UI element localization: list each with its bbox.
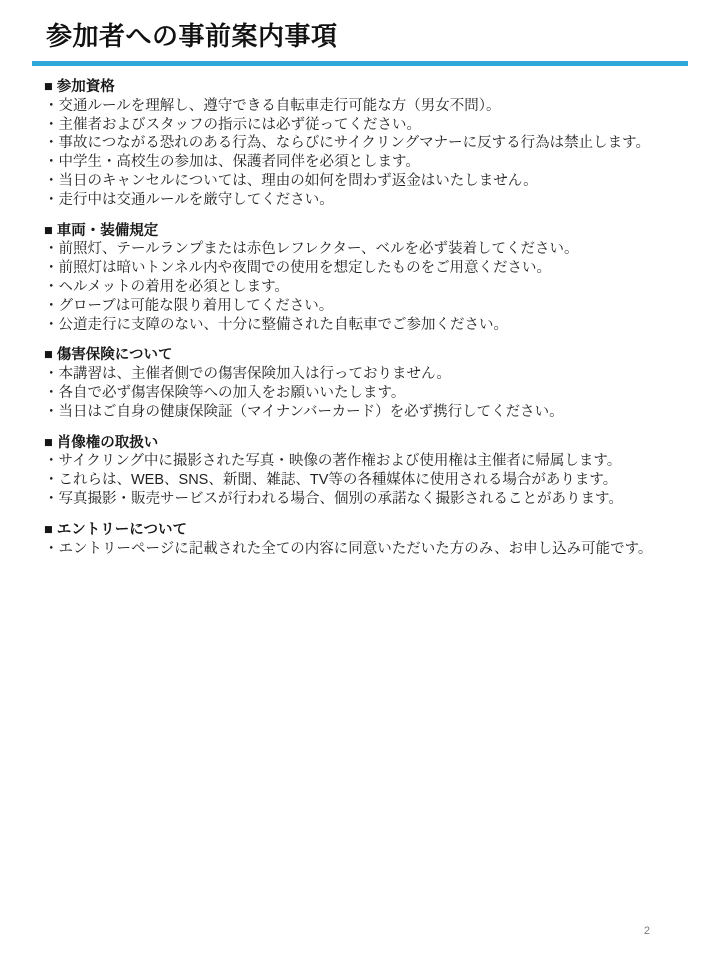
- section-heading: ■ エントリーについて: [44, 521, 696, 540]
- bullet-item: ・これらは、WEB、SNS、新聞、雑誌、TV等の各種媒体に使用される場合がありま…: [44, 471, 696, 490]
- slide-body: ■ 参加資格 ・交通ルールを理解し、遵守できる自転車走行可能な方（男女不問）。 …: [0, 66, 720, 558]
- bullet-item: ・写真撮影・販売サービスが行われる場合、個別の承諾なく撮影されることがあります。: [44, 490, 696, 509]
- bullet-item: ・事故につながる恐れのある行為、ならびにサイクリングマナーに反する行為は禁止しま…: [44, 134, 696, 153]
- bullet-item: ・グローブは可能な限り着用してください。: [44, 297, 696, 316]
- section-participation-requirements: ■ 参加資格 ・交通ルールを理解し、遵守できる自転車走行可能な方（男女不問）。 …: [44, 78, 696, 210]
- slide-header: 参加者への事前案内事項: [0, 0, 720, 51]
- bullet-item: ・エントリーページに記載された全ての内容に同意いただいた方のみ、お申し込み可能で…: [44, 540, 696, 559]
- section-heading: ■ 傷害保険について: [44, 346, 696, 365]
- page-title: 参加者への事前案内事項: [46, 21, 690, 51]
- slide-page: 参加者への事前案内事項 ■ 参加資格 ・交通ルールを理解し、遵守できる自転車走行…: [0, 0, 720, 960]
- bullet-item: ・中学生・高校生の参加は、保護者同伴を必須とします。: [44, 153, 696, 172]
- bullet-item: ・各自で必ず傷害保険等への加入をお願いいたします。: [44, 384, 696, 403]
- bullet-item: ・交通ルールを理解し、遵守できる自転車走行可能な方（男女不問）。: [44, 97, 696, 116]
- bullet-item: ・サイクリング中に撮影された写真・映像の著作権および使用権は主催者に帰属します。: [44, 452, 696, 471]
- bullet-item: ・ヘルメットの着用を必須とします。: [44, 278, 696, 297]
- section-accident-insurance: ■ 傷害保険について ・本講習は、主催者側での傷害保険加入は行っておりません。 …: [44, 346, 696, 421]
- section-heading: ■ 肖像権の取扱い: [44, 434, 696, 453]
- bullet-item: ・主催者およびスタッフの指示には必ず従ってください。: [44, 116, 696, 135]
- bullet-item: ・当日はご自身の健康保険証（マイナンバーカード）を必ず携行してください。: [44, 403, 696, 422]
- bullet-item: ・前照灯、テールランプまたは赤色レフレクター、ベルを必ず装着してください。: [44, 240, 696, 259]
- bullet-item: ・公道走行に支障のない、十分に整備された自転車でご参加ください。: [44, 316, 696, 335]
- section-entry: ■ エントリーについて ・エントリーページに記載された全ての内容に同意いただいた…: [44, 521, 696, 559]
- bullet-item: ・走行中は交通ルールを厳守してください。: [44, 191, 696, 210]
- bullet-item: ・本講習は、主催者側での傷害保険加入は行っておりません。: [44, 365, 696, 384]
- section-heading: ■ 車両・装備規定: [44, 222, 696, 241]
- section-heading: ■ 参加資格: [44, 78, 696, 97]
- section-bike-equipment-rules: ■ 車両・装備規定 ・前照灯、テールランプまたは赤色レフレクター、ベルを必ず装着…: [44, 222, 696, 335]
- section-portrait-rights: ■ 肖像権の取扱い ・サイクリング中に撮影された写真・映像の著作権および使用権は…: [44, 434, 696, 509]
- bullet-item: ・前照灯は暗いトンネル内や夜間での使用を想定したものをご用意ください。: [44, 259, 696, 278]
- bullet-item: ・当日のキャンセルについては、理由の如何を問わず返金はいたしません。: [44, 172, 696, 191]
- page-number: 2: [644, 925, 650, 937]
